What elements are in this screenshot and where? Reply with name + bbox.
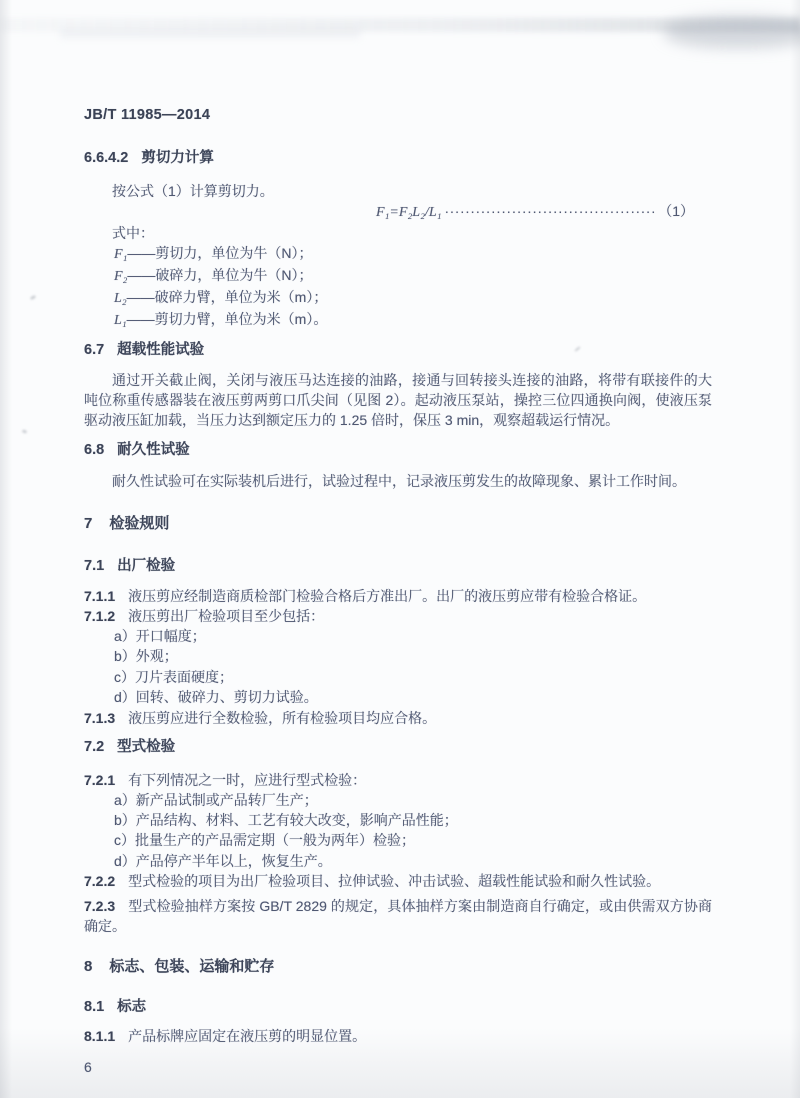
paragraph-formula-intro: 按公式（1）计算剪切力。 xyxy=(84,181,712,201)
section-heading-6-6-4-2: 6.6.4.2剪切力计算 xyxy=(84,147,712,169)
clause-text: 型式检验抽样方案按 GB/T 2829 的规定，具体抽样方案由制造商自行确定，或… xyxy=(84,898,712,934)
clause-7-1-2: 7.1.2液压剪出厂检验项目至少包括： xyxy=(84,606,712,626)
list-7-1-2: a）开口幅度； b）外观； c）刀片表面硬度； d）回转、破碎力、剪切力试验。 xyxy=(114,626,712,708)
symbol: F₁ xyxy=(114,247,127,262)
definition-text: ——破碎力，单位为牛（N）； xyxy=(127,267,312,283)
clause-number: 8.1.1 xyxy=(84,1028,115,1044)
chapter-title: 标志、包装、运输和贮存 xyxy=(109,958,274,975)
symbol: F₂ xyxy=(114,269,127,284)
clause-text: 液压剪应经制造商质检部门检验合格后方准出厂。出厂的液压剪应带有检验合格证。 xyxy=(128,588,646,604)
formula-1: F₁=F₂L₂/L₁ ·····························… xyxy=(376,201,694,223)
section-heading-8-1: 8.1标志 xyxy=(84,996,712,1018)
chapter-heading-8: 8标志、包装、运输和贮存 xyxy=(84,956,712,978)
clause-number: 7.1.1 xyxy=(84,588,115,604)
clause-number: 7.2.2 xyxy=(84,873,115,889)
scan-shadow-right xyxy=(790,0,800,1098)
document-page: JB/T 11985—2014 6.6.4.2剪切力计算 按公式（1）计算剪切力… xyxy=(0,0,800,1098)
section-heading-6-8: 6.8耐久性试验 xyxy=(84,439,712,461)
section-number: 7.2 xyxy=(84,739,104,755)
definition-line: F₁——剪切力，单位为牛（N）； xyxy=(114,243,712,265)
scan-speck xyxy=(22,429,28,434)
section-number: 7.1 xyxy=(84,558,104,574)
chapter-number: 8 xyxy=(84,958,92,975)
section-number: 8.1 xyxy=(84,999,104,1015)
where-label: 式中： xyxy=(112,223,712,243)
clause-7-2-3: 7.2.3型式检验抽样方案按 GB/T 2829 的规定，具体抽样方案由制造商自… xyxy=(84,896,712,936)
paragraph-durability-test: 耐久性试验可在实际装机后进行，试验过程中，记录液压剪发生的故障现象、累计工作时间… xyxy=(84,471,712,491)
definition-line: F₂——破碎力，单位为牛（N）； xyxy=(114,265,712,287)
chapter-heading-7: 7检验规则 xyxy=(84,513,712,535)
clause-8-1-1: 8.1.1产品标牌应固定在液压剪的明显位置。 xyxy=(84,1026,712,1046)
list-item: a）开口幅度； xyxy=(114,626,712,646)
list-item: c）刀片表面硬度； xyxy=(114,667,712,687)
clause-7-1-3: 7.1.3液压剪应进行全数检验，所有检验项目均应合格。 xyxy=(84,708,712,728)
formula-expression: F₁=F₂L₂/L₁ xyxy=(376,203,441,223)
section-title: 型式检验 xyxy=(117,739,175,755)
clause-number: 7.1.3 xyxy=(84,710,115,726)
clause-text: 液压剪出厂检验项目至少包括： xyxy=(128,608,324,624)
definition-text: ——剪切力臂，单位为米（m）。 xyxy=(127,311,328,327)
paragraph-overload-test: 通过开关截止阀，关闭与液压马达连接的油路，接通与回转接头连接的油路，将带有联接件… xyxy=(84,370,712,430)
clause-text: 有下列情况之一时，应进行型式检验： xyxy=(128,772,366,788)
scan-speck xyxy=(30,295,37,301)
section-heading-6-7: 6.7超载性能试验 xyxy=(84,339,712,361)
chapter-number: 7 xyxy=(84,515,92,532)
section-number: 6.6.4.2 xyxy=(84,150,128,166)
list-item: d）产品停产半年以上，恢复生产。 xyxy=(114,851,712,871)
clause-number: 7.1.2 xyxy=(84,608,115,624)
clause-7-2-1: 7.2.1有下列情况之一时，应进行型式检验： xyxy=(84,770,712,790)
chapter-title: 检验规则 xyxy=(109,515,169,532)
section-title: 出厂检验 xyxy=(117,558,175,574)
clause-7-2-2: 7.2.2型式检验的项目为出厂检验项目、拉伸试验、冲击试验、超载性能试验和耐久性… xyxy=(84,871,712,891)
list-item: c）批量生产的产品需定期（一般为两年）检验； xyxy=(114,830,712,850)
list-item: b）产品结构、材料、工艺有较大改变，影响产品性能； xyxy=(114,810,712,830)
formula-number: （1） xyxy=(658,201,694,221)
section-title: 耐久性试验 xyxy=(117,442,190,458)
symbol-definitions: F₁——剪切力，单位为牛（N）； F₂——破碎力，单位为牛（N）； L₂——破碎… xyxy=(114,243,712,331)
definition-line: L₂——破碎力臂，单位为米（m）； xyxy=(114,287,712,309)
section-title: 标志 xyxy=(117,999,146,1015)
scan-shadow-left xyxy=(0,0,12,1098)
section-heading-7-1: 7.1出厂检验 xyxy=(84,555,712,577)
clause-number: 7.2.3 xyxy=(84,898,115,914)
section-title: 剪切力计算 xyxy=(141,150,214,166)
page-number: 6 xyxy=(84,1057,712,1077)
definition-text: ——破碎力臂，单位为米（m）； xyxy=(127,289,328,305)
definition-line: L₁——剪切力臂，单位为米（m）。 xyxy=(114,309,712,331)
clause-text: 产品标牌应固定在液压剪的明显位置。 xyxy=(128,1028,366,1044)
symbol: L₂ xyxy=(114,291,127,306)
section-heading-7-2: 7.2型式检验 xyxy=(84,736,712,758)
clause-text: 型式检验的项目为出厂检验项目、拉伸试验、冲击试验、超载性能试验和耐久性试验。 xyxy=(128,873,660,889)
formula-leader-dots: ········································… xyxy=(444,201,655,221)
clause-text: 液压剪应进行全数检验，所有检验项目均应合格。 xyxy=(128,710,436,726)
list-item: a）新产品试制或产品转厂生产； xyxy=(114,790,712,810)
clause-7-1-1: 7.1.1液压剪应经制造商质检部门检验合格后方准出厂。出厂的液压剪应带有检验合格… xyxy=(84,586,712,606)
section-number: 6.8 xyxy=(84,442,104,458)
section-title: 超载性能试验 xyxy=(117,342,204,358)
clause-number: 7.2.1 xyxy=(84,772,115,788)
list-7-2-1: a）新产品试制或产品转厂生产； b）产品结构、材料、工艺有较大改变，影响产品性能… xyxy=(114,790,712,872)
section-number: 6.7 xyxy=(84,342,104,358)
list-item: d）回转、破碎力、剪切力试验。 xyxy=(114,687,712,707)
page-content: JB/T 11985—2014 6.6.4.2剪切力计算 按公式（1）计算剪切力… xyxy=(84,0,712,1077)
definition-text: ——剪切力，单位为牛（N）； xyxy=(127,245,312,261)
list-item: b）外观； xyxy=(114,646,712,666)
running-header: JB/T 11985—2014 xyxy=(84,104,712,126)
symbol: L₁ xyxy=(114,313,127,328)
